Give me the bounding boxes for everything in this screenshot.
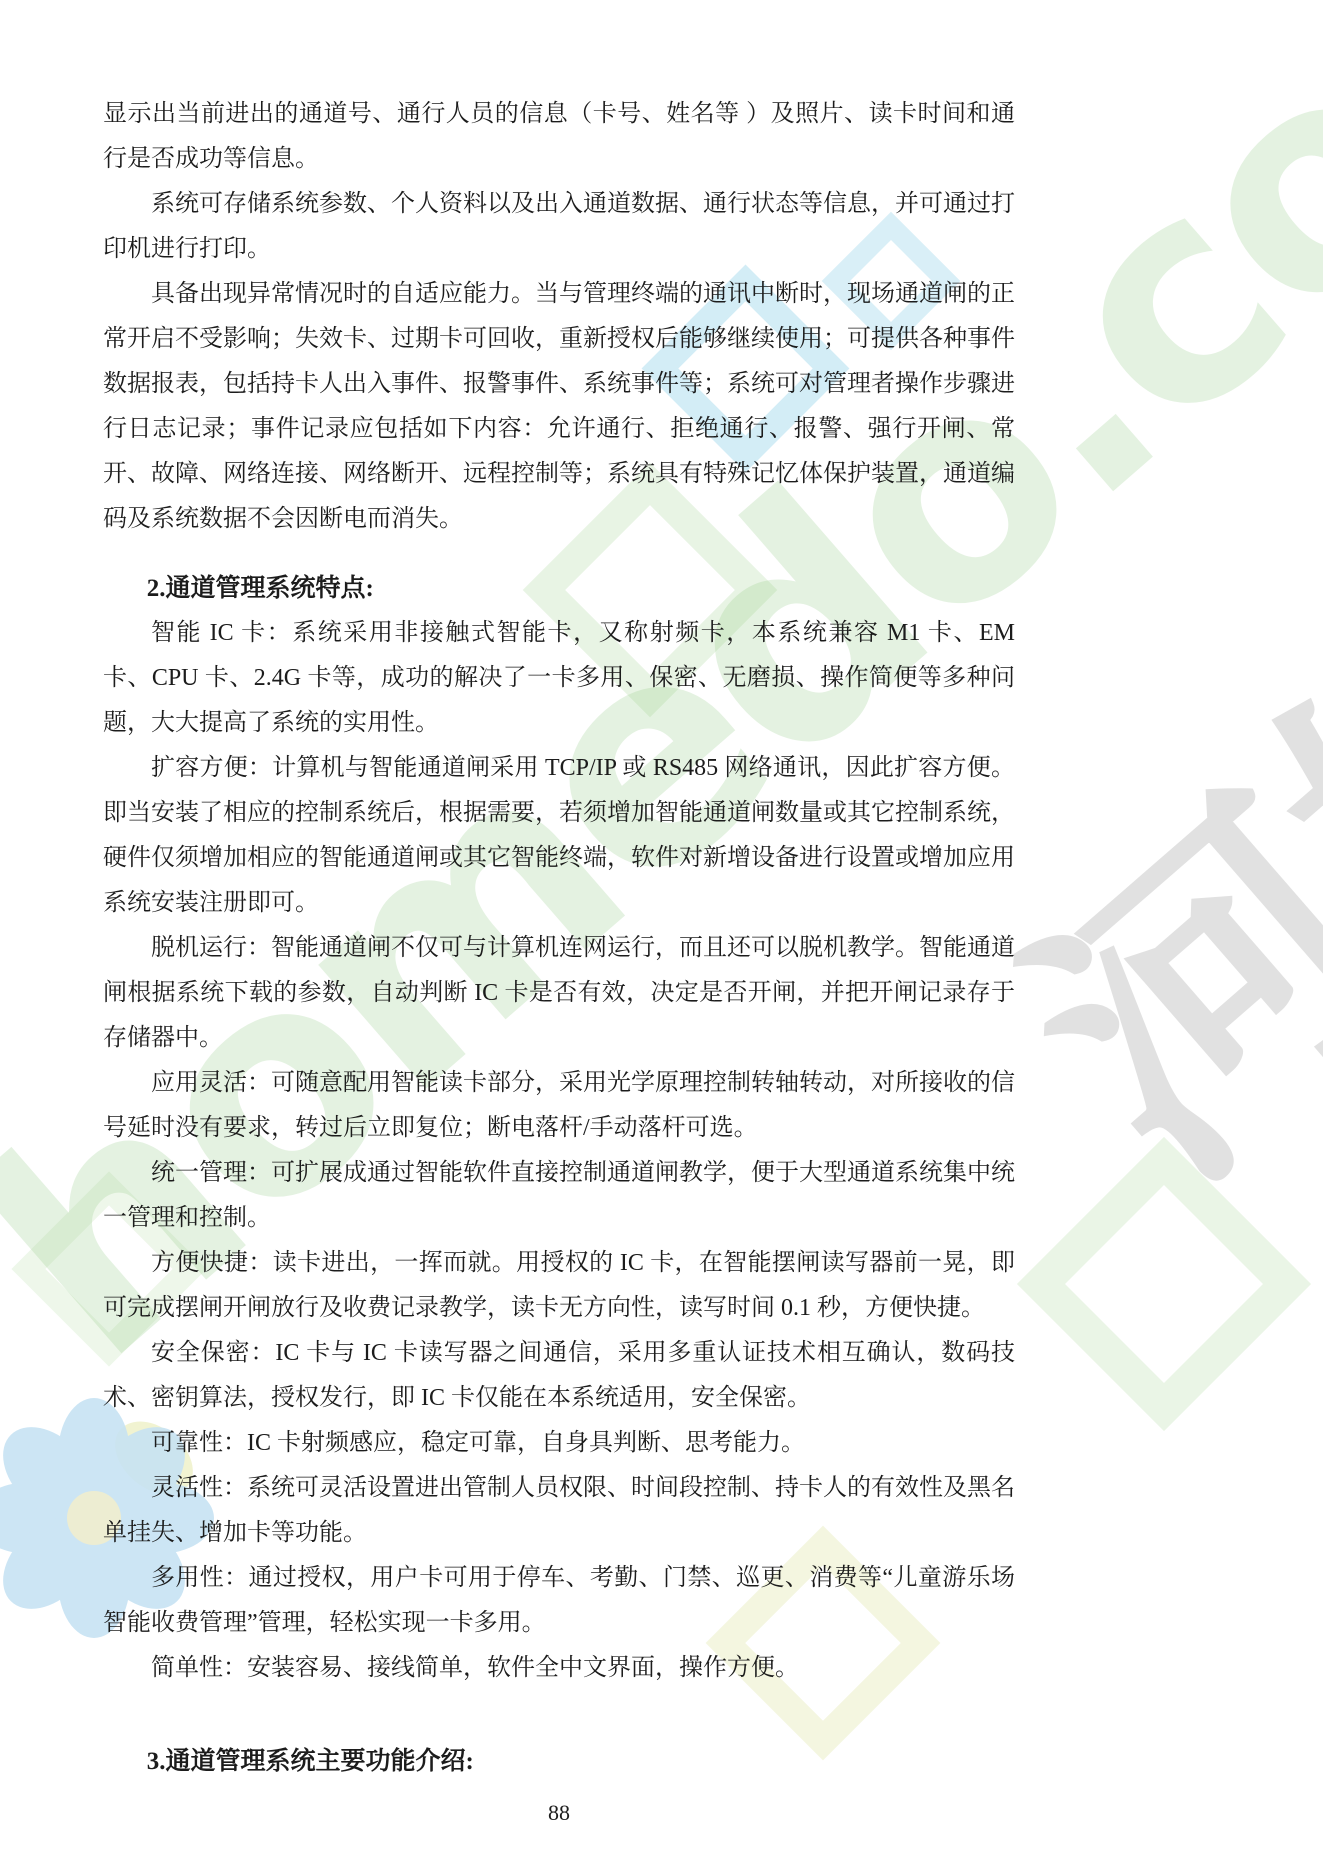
paragraph: 扩容方便：计算机与智能通道闸采用 TCP/IP 或 RS485 网络通讯，因此扩… (103, 746, 1015, 926)
document-page: homedo.com 河姆渡 显示出当前进出的通道号、通行人员的信息（卡号、姓名… (0, 0, 1323, 1871)
paragraph: 灵活性：系统可灵活设置进出管制人员权限、时间段控制、持卡人的有效性及黑名单挂失、… (103, 1466, 1015, 1556)
section-heading-3: 3.通道管理系统主要功能介绍: (103, 1739, 1015, 1784)
paragraph: 多用性：通过授权，用户卡可用于停车、考勤、门禁、巡更、消费等“儿童游乐场智能收费… (103, 1556, 1015, 1646)
document-body: 显示出当前进出的通道号、通行人员的信息（卡号、姓名等 ）及照片、读卡时间和通行是… (103, 92, 1015, 1784)
paragraph: 简单性：安装容易、接线简单，软件全中文界面，操作方便。 (103, 1646, 1015, 1691)
page-number: 88 (103, 1800, 1015, 1826)
paragraph: 方便快捷：读卡进出，一挥而就。用授权的 IC 卡，在智能摆闸读写器前一晃，即可完… (103, 1241, 1015, 1331)
paragraph: 脱机运行：智能通道闸不仅可与计算机连网运行，而且还可以脱机教学。智能通道闸根据系… (103, 926, 1015, 1061)
paragraph: 安全保密：IC 卡与 IC 卡读写器之间通信，采用多重认证技术相互确认，数码技术… (103, 1331, 1015, 1421)
paragraph: 应用灵活：可随意配用智能读卡部分，采用光学原理控制转轴转动，对所接收的信号延时没… (103, 1061, 1015, 1151)
paragraph: 可靠性：IC 卡射频感应，稳定可靠，自身具判断、思考能力。 (103, 1421, 1015, 1466)
paragraph: 显示出当前进出的通道号、通行人员的信息（卡号、姓名等 ）及照片、读卡时间和通行是… (103, 92, 1015, 182)
paragraph: 具备出现异常情况时的自适应能力。当与管理终端的通讯中断时，现场通道闸的正常开启不… (103, 272, 1015, 542)
paragraph: 系统可存储系统参数、个人资料以及出入通道数据、通行状态等信息，并可通过打印机进行… (103, 182, 1015, 272)
paragraph: 智能 IC 卡：系统采用非接触式智能卡，又称射频卡，本系统兼容 M1 卡、EM … (103, 611, 1015, 746)
paragraph: 统一管理：可扩展成通过智能软件直接控制通道闸教学，便于大型通道系统集中统一管理和… (103, 1151, 1015, 1241)
section-heading-2: 2.通道管理系统特点: (103, 566, 1015, 611)
